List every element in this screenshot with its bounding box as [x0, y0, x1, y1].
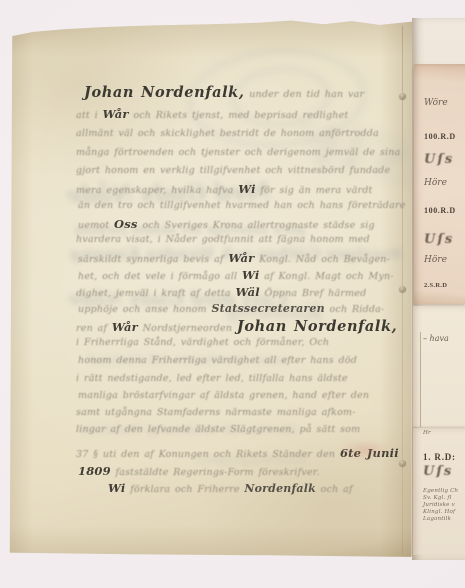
- manuscript-line: lingar af den lefvande äldste Slägtgrene…: [76, 424, 360, 435]
- manuscript-text: många förtroenden och tjenster och derig…: [76, 147, 400, 158]
- manuscript-text: upphöje och anse honom: [78, 304, 212, 315]
- manuscript-line: att i Wår och Rikets tjenst, med beprisa…: [76, 107, 348, 121]
- manuscript-text: än den tro och tillgifvenhet hvarmed han…: [78, 200, 406, 211]
- slip-handwriting: Juridiske v: [423, 502, 455, 508]
- manuscript-text: uemot: [78, 220, 114, 231]
- manuscript-text: Öppna Bref härmed: [260, 288, 367, 299]
- manuscript-line: än den tro och tillgifvenhet hvarmed han…: [78, 200, 406, 211]
- revenue-stamp-text: 100.R.D: [424, 132, 456, 141]
- manuscript-text: samt utgångna Stamfaderns närmaste manli…: [76, 407, 356, 418]
- manuscript-text: Wår: [228, 251, 254, 265]
- manuscript-line: många förtroenden och tjenster och derig…: [76, 147, 400, 158]
- revenue-stamp-text: 2.S.R.D: [424, 282, 447, 289]
- manuscript-line: upphöje och anse honom Statssecreteraren…: [78, 302, 384, 315]
- manuscript-text: Wi: [238, 182, 255, 196]
- manuscript-text: och Rikets tjenst, med beprisad redlighe…: [129, 110, 349, 121]
- binding-knot: [399, 286, 406, 292]
- binding-knot: [399, 460, 406, 466]
- manuscript-line: Johan Nordenfalk, under den tid han var: [84, 84, 364, 101]
- manuscript-text: 1809: [78, 464, 111, 478]
- manuscript-text: Wår: [103, 107, 129, 121]
- manuscript-text: Kongl. Nåd och Bevågen-: [254, 254, 390, 265]
- slip-handwriting: Klingl. Hof: [423, 509, 455, 515]
- slip-handwriting: – hava: [423, 334, 449, 343]
- manuscript-line: honom denna Friherrliga värdighet all ef…: [78, 355, 357, 366]
- manuscript-text: Statssecreteraren: [212, 302, 325, 315]
- binding-knot: [399, 93, 406, 99]
- manuscript-text: Johan Nordenfalk,: [237, 318, 397, 335]
- manuscript-text: Nordstjerneorden: [138, 323, 237, 334]
- manuscript-text: dighet, jemväl i kraft af detta: [76, 288, 235, 299]
- manuscript-text: manliga bröstarfvingar af äldsta grenen,…: [78, 390, 369, 401]
- manuscript-line: hvardera visat, i Nåder godtfunnit att f…: [76, 234, 370, 245]
- manuscript-text: Oss: [114, 217, 138, 231]
- manuscript-text: faststäldte Regerings-Form föreskrifver.: [111, 467, 320, 478]
- stamp-slip-top: Wöre100.R.DUſsHöre100.R.DUſsHöre2.S.R.D: [414, 64, 465, 304]
- revenue-stamp-text: 1. R.D:: [423, 452, 456, 462]
- manuscript-text: för sig än mera värdt: [256, 185, 373, 196]
- manuscript-text: allmänt väl och skicklighet bestridt de …: [76, 128, 379, 139]
- manuscript-text: hvardera visat, i Nåder godtfunnit att f…: [76, 234, 370, 245]
- manuscript-line: i Friherrliga Stånd, värdighet och förmå…: [76, 337, 329, 348]
- manuscript-line: manliga bröstarfvingar af äldsta grenen,…: [78, 390, 369, 401]
- manuscript-text: i rätt nedstigande, led efter led, tillf…: [76, 373, 348, 384]
- document-scan: SWMed Guds Nådegöre veterligt att såsom …: [0, 0, 465, 588]
- manuscript-text: ren af: [76, 323, 112, 334]
- manuscript-line: samt utgångna Stamfaderns närmaste manli…: [76, 407, 356, 418]
- manuscript-line: allmänt väl och skicklighet bestridt de …: [76, 128, 379, 139]
- slip-handwriting: Egentlig Ch: [423, 488, 458, 494]
- manuscript-text: af Kongl. Magt och Myn-: [259, 271, 393, 282]
- ink-smudge: [328, 436, 402, 464]
- manuscript-text: och Sveriges Krona allertrognaste städse…: [138, 220, 375, 231]
- manuscript-text: Wi: [108, 481, 125, 495]
- manuscript-line: 1809 faststäldte Regerings-Form föreskri…: [78, 464, 320, 478]
- manuscript-text: Wår: [112, 320, 138, 334]
- manuscript-line: särskildt synnerliga bevis af Wår Kongl.…: [78, 251, 390, 265]
- manuscript-text: Johan Nordenfalk,: [84, 84, 244, 101]
- slip-handwriting: Höre: [424, 255, 447, 265]
- manuscript-line: gjort honom en verklig tillgifvenhet och…: [76, 165, 390, 176]
- slip-handwriting: Wöre: [424, 98, 448, 108]
- slip-handwriting: Sv. Kgl. fl: [423, 495, 452, 501]
- manuscript-text: Wäl: [235, 285, 259, 299]
- manuscript-line: ren af Wår Nordstjerneorden Johan Norden…: [76, 318, 397, 335]
- slip-handwriting: Lagantilk: [423, 516, 451, 522]
- ruled-line: [420, 332, 421, 427]
- revenue-stamp-text: 100.R.D: [424, 206, 456, 215]
- manuscript-text: Wi: [242, 268, 259, 282]
- manuscript-line: het, och det vele i förmågo all Wi af Ko…: [78, 268, 394, 282]
- manuscript-text: gjort honom en verklig tillgifvenhet och…: [76, 165, 390, 176]
- manuscript-text: mera egenskaper, hvilka hafva: [76, 185, 238, 196]
- slip-handwriting: Uſs: [423, 464, 453, 479]
- manuscript-text: Nordenfalk: [244, 482, 316, 495]
- slip-handwriting: Uſs: [424, 152, 454, 167]
- manuscript-line: dighet, jemväl i kraft af detta Wäl Öppn…: [76, 285, 366, 299]
- manuscript-text: att i: [76, 110, 103, 121]
- manuscript-text: och Ridda-: [325, 304, 385, 315]
- manuscript-text: i Friherrliga Stånd, värdighet och förmå…: [76, 337, 329, 348]
- manuscript-text: het, och det vele i förmågo all: [78, 271, 242, 282]
- manuscript-line: uemot Oss och Sveriges Krona allertrogna…: [78, 217, 375, 231]
- slip-handwriting: Höre: [424, 178, 447, 188]
- manuscript-text: och af: [316, 484, 353, 495]
- manuscript-line: Wi förklara och Friherre Nordenfalk och …: [108, 481, 353, 495]
- manuscript-line: i rätt nedstigande, led efter led, tillf…: [76, 373, 348, 384]
- manuscript-text: lingar af den lefvande äldste Slägtgrene…: [76, 424, 360, 435]
- manuscript-text: honom denna Friherrliga värdighet all ef…: [78, 355, 357, 366]
- manuscript-text: förklara och Friherre: [125, 484, 244, 495]
- manuscript-text: under den tid han var: [244, 89, 364, 100]
- manuscript-text: särskildt synnerliga bevis af: [78, 254, 228, 265]
- slip-handwriting: Hr: [423, 430, 431, 436]
- slip-middle: – hava: [413, 306, 465, 427]
- stamp-slip-bottom: Hr1. R.D:UſsEgentlig ChSv. Kgl. flJuridi…: [413, 428, 465, 555]
- manuscript-line: mera egenskaper, hvilka hafva Wi för sig…: [76, 182, 373, 196]
- slip-handwriting: Uſs: [424, 232, 454, 247]
- manuscript-text: 37 § uti den af Konungen och Rikets Stän…: [76, 449, 340, 460]
